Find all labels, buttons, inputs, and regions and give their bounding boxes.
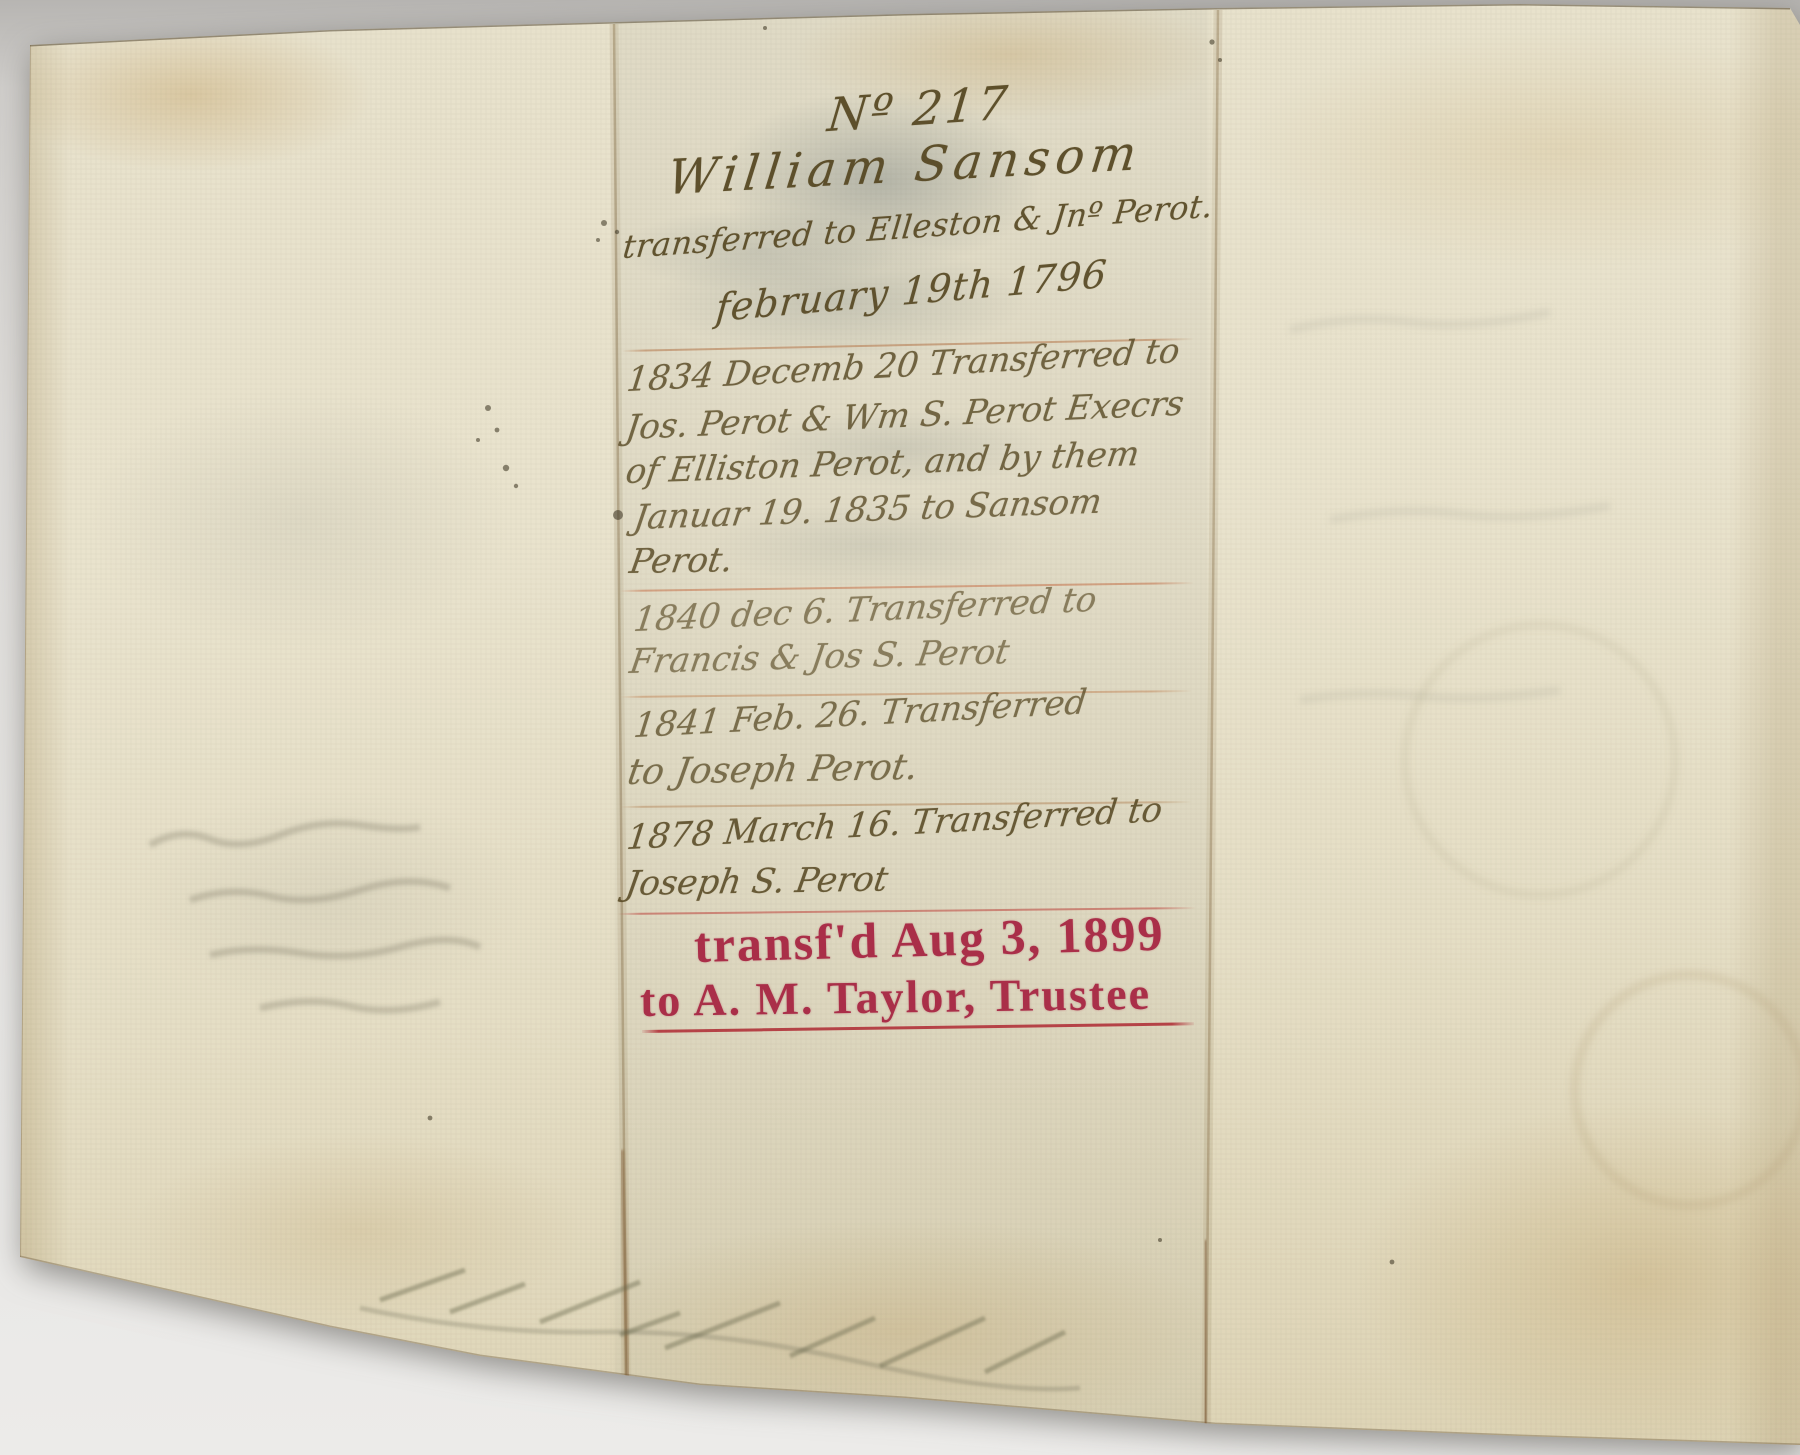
transfer-entry-line: to Joseph Perot.: [625, 747, 921, 793]
transfer-entry-line: Francis & Jos S. Perot: [627, 632, 1012, 682]
transfer-stamp-line-1: transf'd Aug 3, 1899: [693, 904, 1165, 974]
heading-owner-name: William Sansom: [665, 125, 1146, 206]
photograph-background: Nº 217 William Sansom transferred to Ell…: [0, 0, 1800, 1455]
transfer-entry-line: 1878 March 16. Transferred to: [625, 790, 1165, 858]
ghost-writing-left: [150, 823, 480, 1010]
parchment-document: Nº 217 William Sansom transferred to Ell…: [0, 0, 1800, 1455]
seal-impression-faint: [1405, 625, 1675, 895]
transfer-entry-line: 1841 Feb. 26. Transferred: [632, 682, 1089, 746]
transfer-entry-line: Januar 19. 1835 to Sansom: [631, 482, 1104, 539]
transfer-stamp-line-2: to A. M. Taylor, Trustee: [640, 967, 1152, 1027]
parchment-shadow-wrap: Nº 217 William Sansom transferred to Ell…: [0, 0, 1800, 1455]
parchment-left-edge: [20, 45, 30, 1257]
parchment-bottom-edge: [20, 1257, 1800, 1445]
transfer-entry-line: Perot.: [627, 540, 736, 582]
parchment-top-edge: [30, 4, 1790, 45]
heading-date-line: february 19th 1796: [714, 252, 1109, 331]
ghost-signature-bottom: [360, 1270, 1080, 1389]
transfer-entry-line: Joseph S. Perot: [623, 859, 891, 904]
certificate-number: Nº 217: [825, 75, 1013, 142]
seal-impression-circle: [1575, 975, 1800, 1205]
ghost-writing-right: [1290, 312, 1610, 700]
